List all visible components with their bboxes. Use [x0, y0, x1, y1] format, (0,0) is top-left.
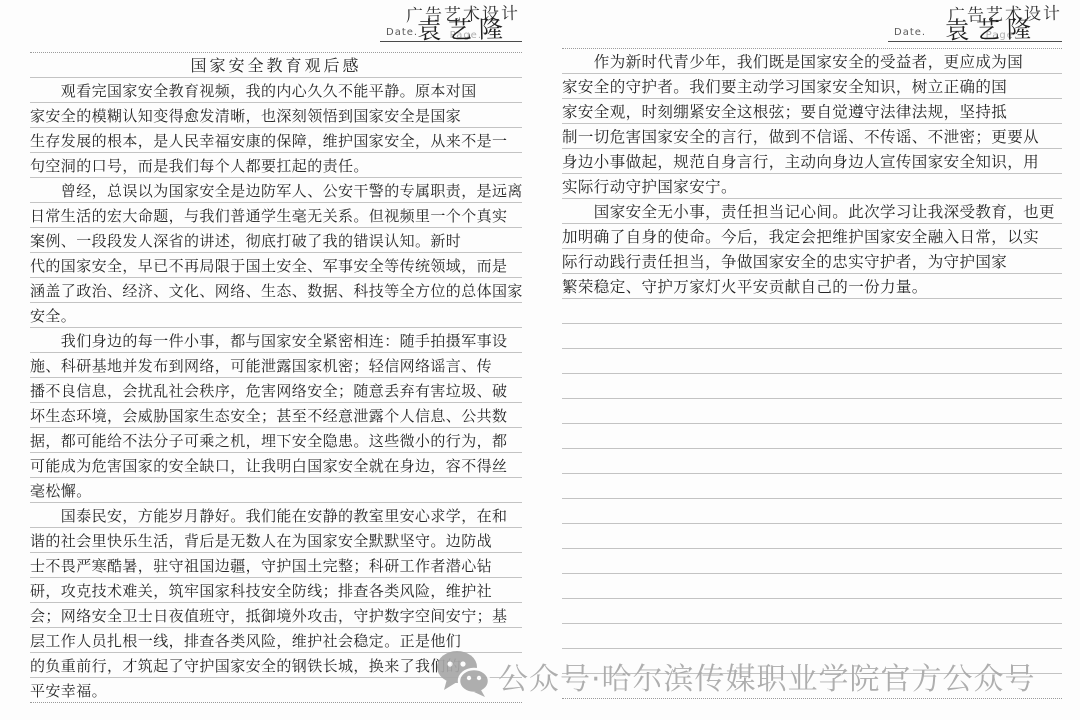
handwritten-line: 层工作人员扎根一线，排查各类风险，维护社会稳定。正是他们: [30, 632, 461, 650]
ruled-row-empty: [562, 299, 1062, 324]
ruled-row: 曾经，总误以为国家安全是边防军人、公安干警的专属职责，是远离: [30, 178, 522, 203]
handwritten-line: 我们身边的每一件小事，都与国家安全紧密相连：随手拍摄军事设: [30, 332, 507, 350]
notebook-page-left: 广告艺术设计 Date. Page. 袁艺隆 国家安全教育观后感 观看完国家安全…: [30, 0, 522, 720]
ruled-row: 际行动践行责任担当，争做国家安全的忠实守护者，为守护国家: [562, 249, 1062, 274]
ruled-row-empty: [562, 474, 1062, 499]
ruled-row: 家安全的守护者。我们要主动学习国家安全知识，树立正确的国: [562, 74, 1062, 99]
ruled-row: 毫松懈。: [30, 478, 522, 503]
ruled-row: 案例、一段段发人深省的讲述，彻底打破了我的错误认知。新时: [30, 228, 522, 253]
handwritten-line: 实际行动守护国家安宁。: [562, 178, 737, 196]
handwritten-line: 家安全的守护者。我们要主动学习国家安全知识，树立正确的国: [562, 78, 1007, 96]
ruled-row-empty: [562, 524, 1062, 549]
notebook-page-right: 广告艺术设计 Date. Page. 袁艺隆 作为新时代青少年，我们既是国家安全…: [562, 0, 1062, 720]
ruled-row: 国泰民安，方能岁月静好。我们能在安静的教室里安心求学，在和: [30, 503, 522, 528]
handwritten-line: 可能成为危害国家的安全缺口，让我明白国家安全就在身边，容不得丝: [30, 457, 507, 475]
ruled-row: 播不良信息，会扰乱社会秩序，危害网络安全；随意丢弃有害垃圾、破: [30, 378, 522, 403]
ruled-row-empty: [562, 374, 1062, 399]
ruled-row: 生存发展的根本，是人民幸福安康的保障，维护国家安全，从来不是一: [30, 128, 522, 153]
handwritten-line: 毫松懈。: [30, 482, 92, 500]
ruled-row: 据，都可能给不法分子可乘之机，埋下安全隐患。这些微小的行为，都: [30, 428, 522, 453]
ruled-row: 我们身边的每一件小事，都与国家安全紧密相连：随手拍摄军事设: [30, 328, 522, 353]
ruled-row-empty: [562, 349, 1062, 374]
ruled-row-empty: [562, 324, 1062, 349]
essay-title: 国家安全教育观后感: [190, 56, 361, 75]
ruled-row: 士不畏严寒酷暑，驻守祖国边疆，守护国土完整；科研工作者潜心钻: [30, 553, 522, 578]
header-underline: [888, 41, 1062, 42]
ruled-row-empty: [562, 424, 1062, 449]
ruled-row-empty: [562, 549, 1062, 574]
essay-title-row: 国家安全教育观后感: [30, 53, 522, 78]
ruled-row: 研，攻克技术难关，筑牢国家科技安全防线；排查各类风险，维护社: [30, 578, 522, 603]
ruled-row: 可能成为危害国家的安全缺口，让我明白国家安全就在身边，容不得丝: [30, 453, 522, 478]
ruled-row: 句空洞的口号，而是我们每个人都要扛起的责任。: [30, 153, 522, 178]
handwritten-line: 研，攻克技术难关，筑牢国家科技安全防线；排查各类风险，维护社: [30, 582, 492, 600]
handwritten-line: 加明确了自身的使命。今后，我定会把维护国家安全融入日常，以实: [562, 228, 1039, 246]
handwritten-line: 身边小事做起，规范自身言行，主动向身边人宣传国家安全知识，用: [562, 153, 1039, 171]
handwritten-line: 播不良信息，会扰乱社会秩序，危害网络安全；随意丢弃有害垃圾、破: [30, 382, 507, 400]
ruled-row: 家安全的模糊认知变得愈发清晰，也深刻领悟到国家安全是国家: [30, 103, 522, 128]
handwritten-line: 国泰民安，方能岁月静好。我们能在安静的教室里安心求学，在和: [30, 507, 507, 525]
ruled-row: 坏生态环境，会威胁国家生态安全；甚至不经意泄露个人信息、公共数: [30, 403, 522, 428]
ruled-row: 繁荣稳定、守护万家灯火平安贡献自己的一份力量。: [562, 274, 1062, 299]
ruled-row: 作为新时代青少年，我们既是国家安全的受益者，更应成为国: [562, 49, 1062, 74]
ruled-lines-area: 作为新时代青少年，我们既是国家安全的受益者，更应成为国 家安全的守护者。我们要主…: [562, 48, 1062, 699]
header-underline: [380, 41, 522, 42]
ruled-row: 施、科研基地并发布到网络，可能泄露国家机密；轻信网络谣言、传: [30, 353, 522, 378]
handwritten-line: 安全。: [30, 307, 76, 325]
handwritten-line: 制一切危害国家安全的言行，做到不信谣、不传谣、不泄密；更要从: [562, 128, 1039, 146]
handwritten-line: 坏生态环境，会威胁国家生态安全；甚至不经意泄露个人信息、公共数: [30, 407, 507, 425]
handwritten-line: 涵盖了政治、经济、文化、网络、生态、数据、科技等全方位的总体国家: [30, 282, 523, 300]
handwritten-line: 曾经，总误以为国家安全是边防军人、公安干警的专属职责，是远离: [30, 182, 523, 200]
handwritten-line: 施、科研基地并发布到网络，可能泄露国家机密；轻信网络谣言、传: [30, 357, 492, 375]
ruled-row: 实际行动守护国家安宁。: [562, 174, 1062, 199]
handwritten-line: 句空洞的口号，而是我们每个人都要扛起的责任。: [30, 157, 369, 175]
handwritten-line: 家安全的模糊认知变得愈发清晰，也深刻领悟到国家安全是国家: [30, 107, 461, 125]
handwritten-line: 案例、一段段发人深省的讲述，彻底打破了我的错误认知。新时: [30, 232, 461, 250]
handwritten-line: 作为新时代青少年，我们既是国家安全的受益者，更应成为国: [562, 53, 1023, 71]
ruled-row: 加明确了自身的使命。今后，我定会把维护国家安全融入日常，以实: [562, 224, 1062, 249]
handwritten-line: 谐的社会里快乐生活，背后是无数人在为国家安全默默坚守。边防战: [30, 532, 492, 550]
handwritten-line: 国家安全无小事，责任担当记心间。此次学习让我深受教育，也更: [562, 203, 1055, 221]
ruled-row: 日常生活的宏大命题，与我们普通学生毫无关系。但视频里一个个真实: [30, 203, 522, 228]
handwritten-line: 繁荣稳定、守护万家灯火平安贡献自己的一份力量。: [562, 278, 928, 296]
handwritten-line: 平安幸福。: [30, 682, 107, 700]
date-label: Date.: [386, 27, 418, 38]
ruled-row: 安全。: [30, 303, 522, 328]
ruled-row: 观看完国家安全教育视频，我的内心久久不能平静。原本对国: [30, 78, 522, 103]
ruled-row-empty: [562, 624, 1062, 649]
watermark-text: 公众号·哈尔滨传媒职业学院官方公众号: [498, 654, 1036, 698]
ruled-row-empty: [562, 399, 1062, 424]
ruled-row-empty: [562, 499, 1062, 524]
scanned-notebook-document: 广告艺术设计 Date. Page. 袁艺隆 国家安全教育观后感 观看完国家安全…: [0, 0, 1080, 720]
handwritten-line: 代的国家安全，早已不再局限于国土安全、军事安全等传统领域，而是: [30, 257, 507, 275]
ruled-row: 涵盖了政治、经济、文化、网络、生态、数据、科技等全方位的总体国家: [30, 278, 522, 303]
handwritten-line: 观看完国家安全教育视频，我的内心久久不能平静。原本对国: [30, 82, 477, 100]
ruled-row: 国家安全无小事，责任担当记心间。此次学习让我深受教育，也更: [562, 199, 1062, 224]
ruled-row: 身边小事做起，规范自身言行，主动向身边人宣传国家安全知识，用: [562, 149, 1062, 174]
handwritten-line: 的负重前行，才筑起了守护国家安全的钢铁长城，换来了我们的: [30, 657, 461, 675]
ruled-row: 谐的社会里快乐生活，背后是无数人在为国家安全默默坚守。边防战: [30, 528, 522, 553]
handwritten-line: 据，都可能给不法分子可乘之机，埋下安全隐患。这些微小的行为，都: [30, 432, 507, 450]
date-label: Date.: [894, 27, 926, 38]
handwritten-line: 会；网络安全卫士日夜值班守，抵御境外攻击，守护数字空间安宁；基: [30, 607, 507, 625]
ruled-row: 代的国家安全，早已不再局限于国土安全、军事安全等传统领域，而是: [30, 253, 522, 278]
handwritten-line: 士不畏严寒酷暑，驻守祖国边疆，守护国土完整；科研工作者潜心钻: [30, 557, 492, 575]
handwritten-line: 家安全观，时刻绷紧安全这根弦；要自觉遵守法律法规，坚持抵: [562, 103, 1007, 121]
ruled-row: 制一切危害国家安全的言行，做到不信谣、不传谣、不泄密；更要从: [562, 124, 1062, 149]
ruled-row: 会；网络安全卫士日夜值班守，抵御境外攻击，守护数字空间安宁；基: [30, 603, 522, 628]
watermark: 公众号·哈尔滨传媒职业学院官方公众号: [436, 650, 1036, 702]
ruled-row: 家安全观，时刻绷紧安全这根弦；要自觉遵守法律法规，坚持抵: [562, 99, 1062, 124]
handwritten-line: 生存发展的根本，是人民幸福安康的保障，维护国家安全，从来不是一: [30, 132, 507, 150]
handwritten-line: 际行动践行责任担当，争做国家安全的忠实守护者，为守护国家: [562, 253, 1007, 271]
ruled-row-empty: [562, 599, 1062, 624]
handwritten-line: 日常生活的宏大命题，与我们普通学生毫无关系。但视频里一个个真实: [30, 207, 507, 225]
wechat-icon: [436, 650, 490, 702]
ruled-row-empty: [562, 574, 1062, 599]
ruled-lines-area: 国家安全教育观后感 观看完国家安全教育视频，我的内心久久不能平静。原本对国 家安…: [30, 52, 522, 703]
ruled-row-empty: [562, 449, 1062, 474]
